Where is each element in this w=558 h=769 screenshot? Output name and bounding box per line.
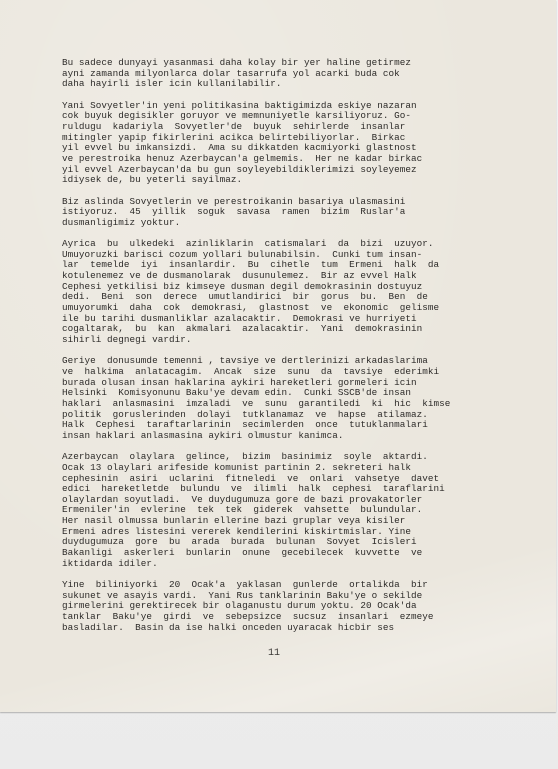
paragraph: Azerbaycan olaylara gelince, bizim basin… <box>62 452 492 569</box>
text-line: basladilar. Basin da ise halki onceden u… <box>62 623 492 634</box>
text-line: idiysek de, bu yeterli sayilmaz. <box>62 175 492 186</box>
text-line: dusmanligimiz yoktur. <box>62 218 492 229</box>
text-line: ve perestroika henuz Azerbaycan'a gelmem… <box>62 154 492 165</box>
document-page: Bu sadece dunyayi yasanmasi daha kolay b… <box>0 0 556 712</box>
paragraph: Biz aslinda Sovyetlerin ve perestroikani… <box>62 197 492 229</box>
paragraph: Ayrica bu ulkedeki azinliklarin catismal… <box>62 239 492 346</box>
paragraph: Yine biliniyorki 20 Ocak'a yaklasan gunl… <box>62 580 492 633</box>
text-line: haklari anlasmasini imzaladi ve sunu gar… <box>62 399 492 410</box>
document-body: Bu sadece dunyayi yasanmasi daha kolay b… <box>62 58 492 644</box>
text-line: iktidarda idiler. <box>62 559 492 570</box>
page-number: 11 <box>268 648 280 659</box>
paragraph: Bu sadece dunyayi yasanmasi daha kolay b… <box>62 58 492 90</box>
text-line: insan haklari anlasmasina aykiri olmustu… <box>62 431 492 442</box>
text-line: sihirli degnegi vardir. <box>62 335 492 346</box>
text-line: daha hayirli isler icin kullanilabilir. <box>62 79 492 90</box>
paragraph: Geriye donusumde temenni , tavsiye ve de… <box>62 356 492 441</box>
paragraph: Yani Sovyetler'in yeni politikasina bakt… <box>62 101 492 186</box>
text-line: Ocak 13 olaylari arifeside komunist part… <box>62 463 492 474</box>
text-line: ruldugu kadariyla Sovyetler'de buyuk seh… <box>62 122 492 133</box>
